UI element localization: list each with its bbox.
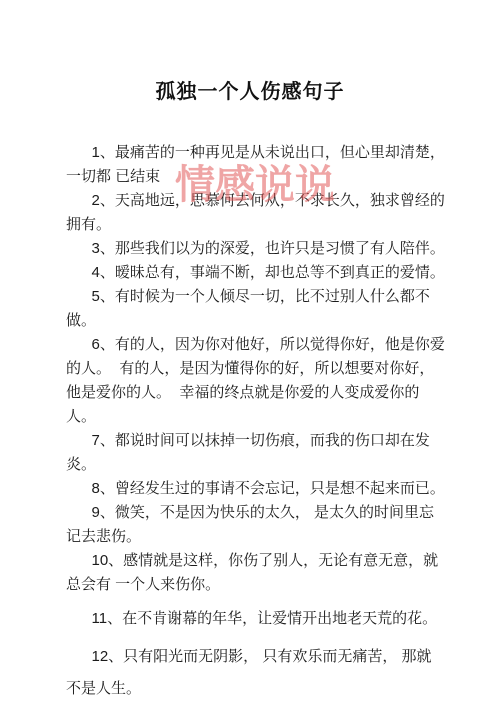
sentence-paragraph: 3、那些我们以为的深爱，也许只是习惯了有人陪伴。	[66, 237, 446, 261]
sentence-paragraph: 7、都说时间可以抹掉一切伤痕，而我的伤口却在发炎。	[66, 429, 446, 477]
sentence-paragraph: 1、最痛苦的一种再见是从未说出口，但心里却清楚，一切都 已结束	[66, 141, 446, 189]
document-page: 孤独一个人伤感句子 情感说说 1、最痛苦的一种再见是从未说出口，但心里却清楚，一…	[0, 0, 500, 708]
sentence-paragraph: 10、感情就是这样，你伤了别人，无论有意无意，就总会有 一个人来伤你。	[66, 549, 446, 597]
sentence-paragraph: 5、有时候为一个人倾尽一切，比不过别人什么都不做。	[66, 285, 446, 333]
sentence-paragraph: 11、在不肯谢幕的年华，让爱情开出地老天荒的花。	[66, 603, 446, 635]
sentence-paragraph: 12、只有阳光而无阴影， 只有欢乐而无痛苦， 那就不是人生。	[66, 641, 446, 705]
sentence-paragraph: 6、有的人，因为你对他好，所以觉得你好，他是你爱的人。 有的人，是因为懂得你的好…	[66, 333, 446, 429]
sentence-list: 1、最痛苦的一种再见是从未说出口，但心里却清楚，一切都 已结束 2、天高地远，思…	[0, 102, 500, 705]
sentence-paragraph: 2、天高地远，思慕何去何从，不求长久，独求曾经的拥有。	[66, 189, 446, 237]
sentence-paragraph: 8、曾经发生过的事请不会忘记，只是想不起来而已。	[66, 477, 446, 501]
page-title: 孤独一个人伤感句子	[0, 0, 500, 102]
sentence-paragraph: 9、微笑，不是因为快乐的太久， 是太久的时间里忘记去悲伤。	[66, 501, 446, 549]
sentence-paragraph: 4、暧昧总有，事端不断，却也总等不到真正的爱情。	[66, 261, 446, 285]
